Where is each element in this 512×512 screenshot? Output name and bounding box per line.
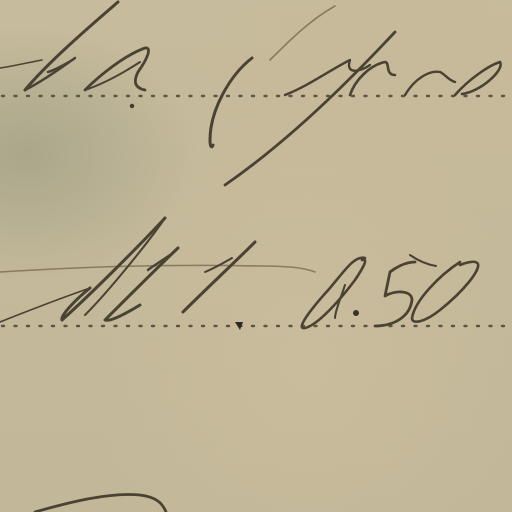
handwriting-att	[0, 218, 315, 330]
handwriting-layer	[0, 0, 512, 512]
handwriting-ba	[0, 2, 149, 90]
handwriting-bottom-partial	[35, 494, 166, 512]
ink-dot	[130, 104, 134, 108]
document-page: ba Opro Att. 850	[0, 0, 512, 512]
handwriting-850	[302, 255, 478, 328]
